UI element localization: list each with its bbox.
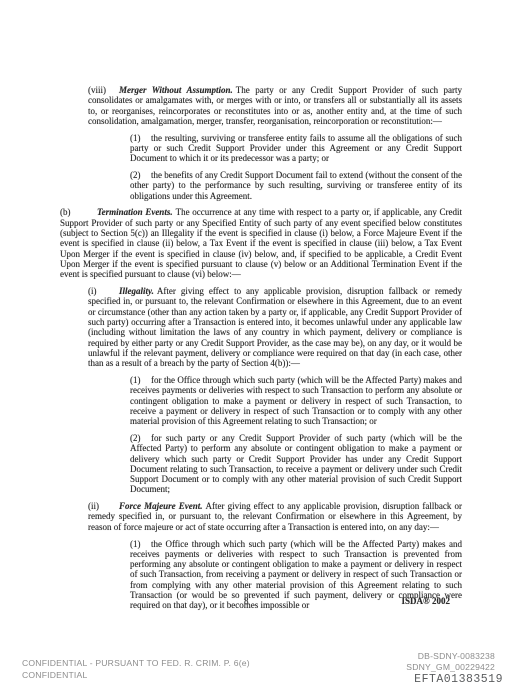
clause-number: (2) bbox=[130, 433, 151, 443]
page-footer: 8 ISDA® 2002 bbox=[60, 596, 462, 610]
document-body: (viii)Merger Without Assumption.The part… bbox=[60, 85, 462, 617]
clause-paragraph: (b)Termination Events.The occurrence at … bbox=[60, 207, 462, 279]
clause-text: for the Office through which such party … bbox=[130, 375, 462, 426]
clause-heading: Illegality. bbox=[119, 286, 154, 296]
clause-number: (1) bbox=[130, 375, 151, 385]
clause-number: (b) bbox=[60, 207, 97, 217]
isda-copyright: ISDA® 2002 bbox=[402, 596, 450, 606]
clause-paragraph: (i)Illegality.After giving effect to any… bbox=[88, 286, 462, 368]
page-number: 8 bbox=[244, 596, 249, 606]
clause-text: the resulting, surviving or transferee e… bbox=[130, 133, 462, 164]
clause-number: (1) bbox=[130, 539, 151, 549]
clause-paragraph: (2)the benefits of any Credit Support Do… bbox=[130, 170, 462, 201]
confidentiality-stamp: CONFIDENTIAL - PURSUANT TO FED. R. CRIM.… bbox=[22, 658, 250, 681]
bates-number-1: DB-SDNY-0083238 bbox=[406, 651, 503, 662]
clause-number: (ii) bbox=[88, 501, 119, 511]
clause-heading: Force Majeure Event. bbox=[119, 501, 202, 511]
clause-paragraph: (2)for such party or any Credit Support … bbox=[130, 433, 462, 495]
clause-heading: Termination Events. bbox=[97, 207, 173, 217]
clause-paragraph: (1)the resulting, surviving or transfere… bbox=[130, 133, 462, 164]
clause-number: (i) bbox=[88, 286, 119, 296]
confidential-line-1: CONFIDENTIAL - PURSUANT TO FED. R. CRIM.… bbox=[22, 658, 250, 670]
clause-text: the benefits of any Credit Support Docum… bbox=[130, 170, 462, 201]
clause-number: (1) bbox=[130, 133, 151, 143]
clause-number: (2) bbox=[130, 170, 151, 180]
clause-text: After giving effect to any applicable pr… bbox=[88, 286, 462, 368]
clause-text: for such party or any Credit Support Pro… bbox=[130, 433, 462, 494]
clause-number: (viii) bbox=[88, 85, 119, 95]
clause-text: The occurrence at any time with respect … bbox=[60, 207, 462, 279]
clause-paragraph: (viii)Merger Without Assumption.The part… bbox=[88, 85, 462, 126]
document-page: (viii)Merger Without Assumption.The part… bbox=[0, 0, 512, 699]
bates-stamp: DB-SDNY-0083238 SDNY_GM_00229422 EFTA013… bbox=[406, 651, 503, 686]
bates-number-3: EFTA01383519 bbox=[406, 673, 503, 686]
confidential-line-2: CONFIDENTIAL bbox=[22, 670, 250, 682]
clause-heading: Merger Without Assumption. bbox=[119, 85, 233, 95]
clause-paragraph: (ii)Force Majeure Event.After giving eff… bbox=[88, 501, 462, 532]
bates-number-2: SDNY_GM_00229422 bbox=[406, 662, 503, 673]
clause-paragraph: (1)for the Office through which such par… bbox=[130, 375, 462, 426]
